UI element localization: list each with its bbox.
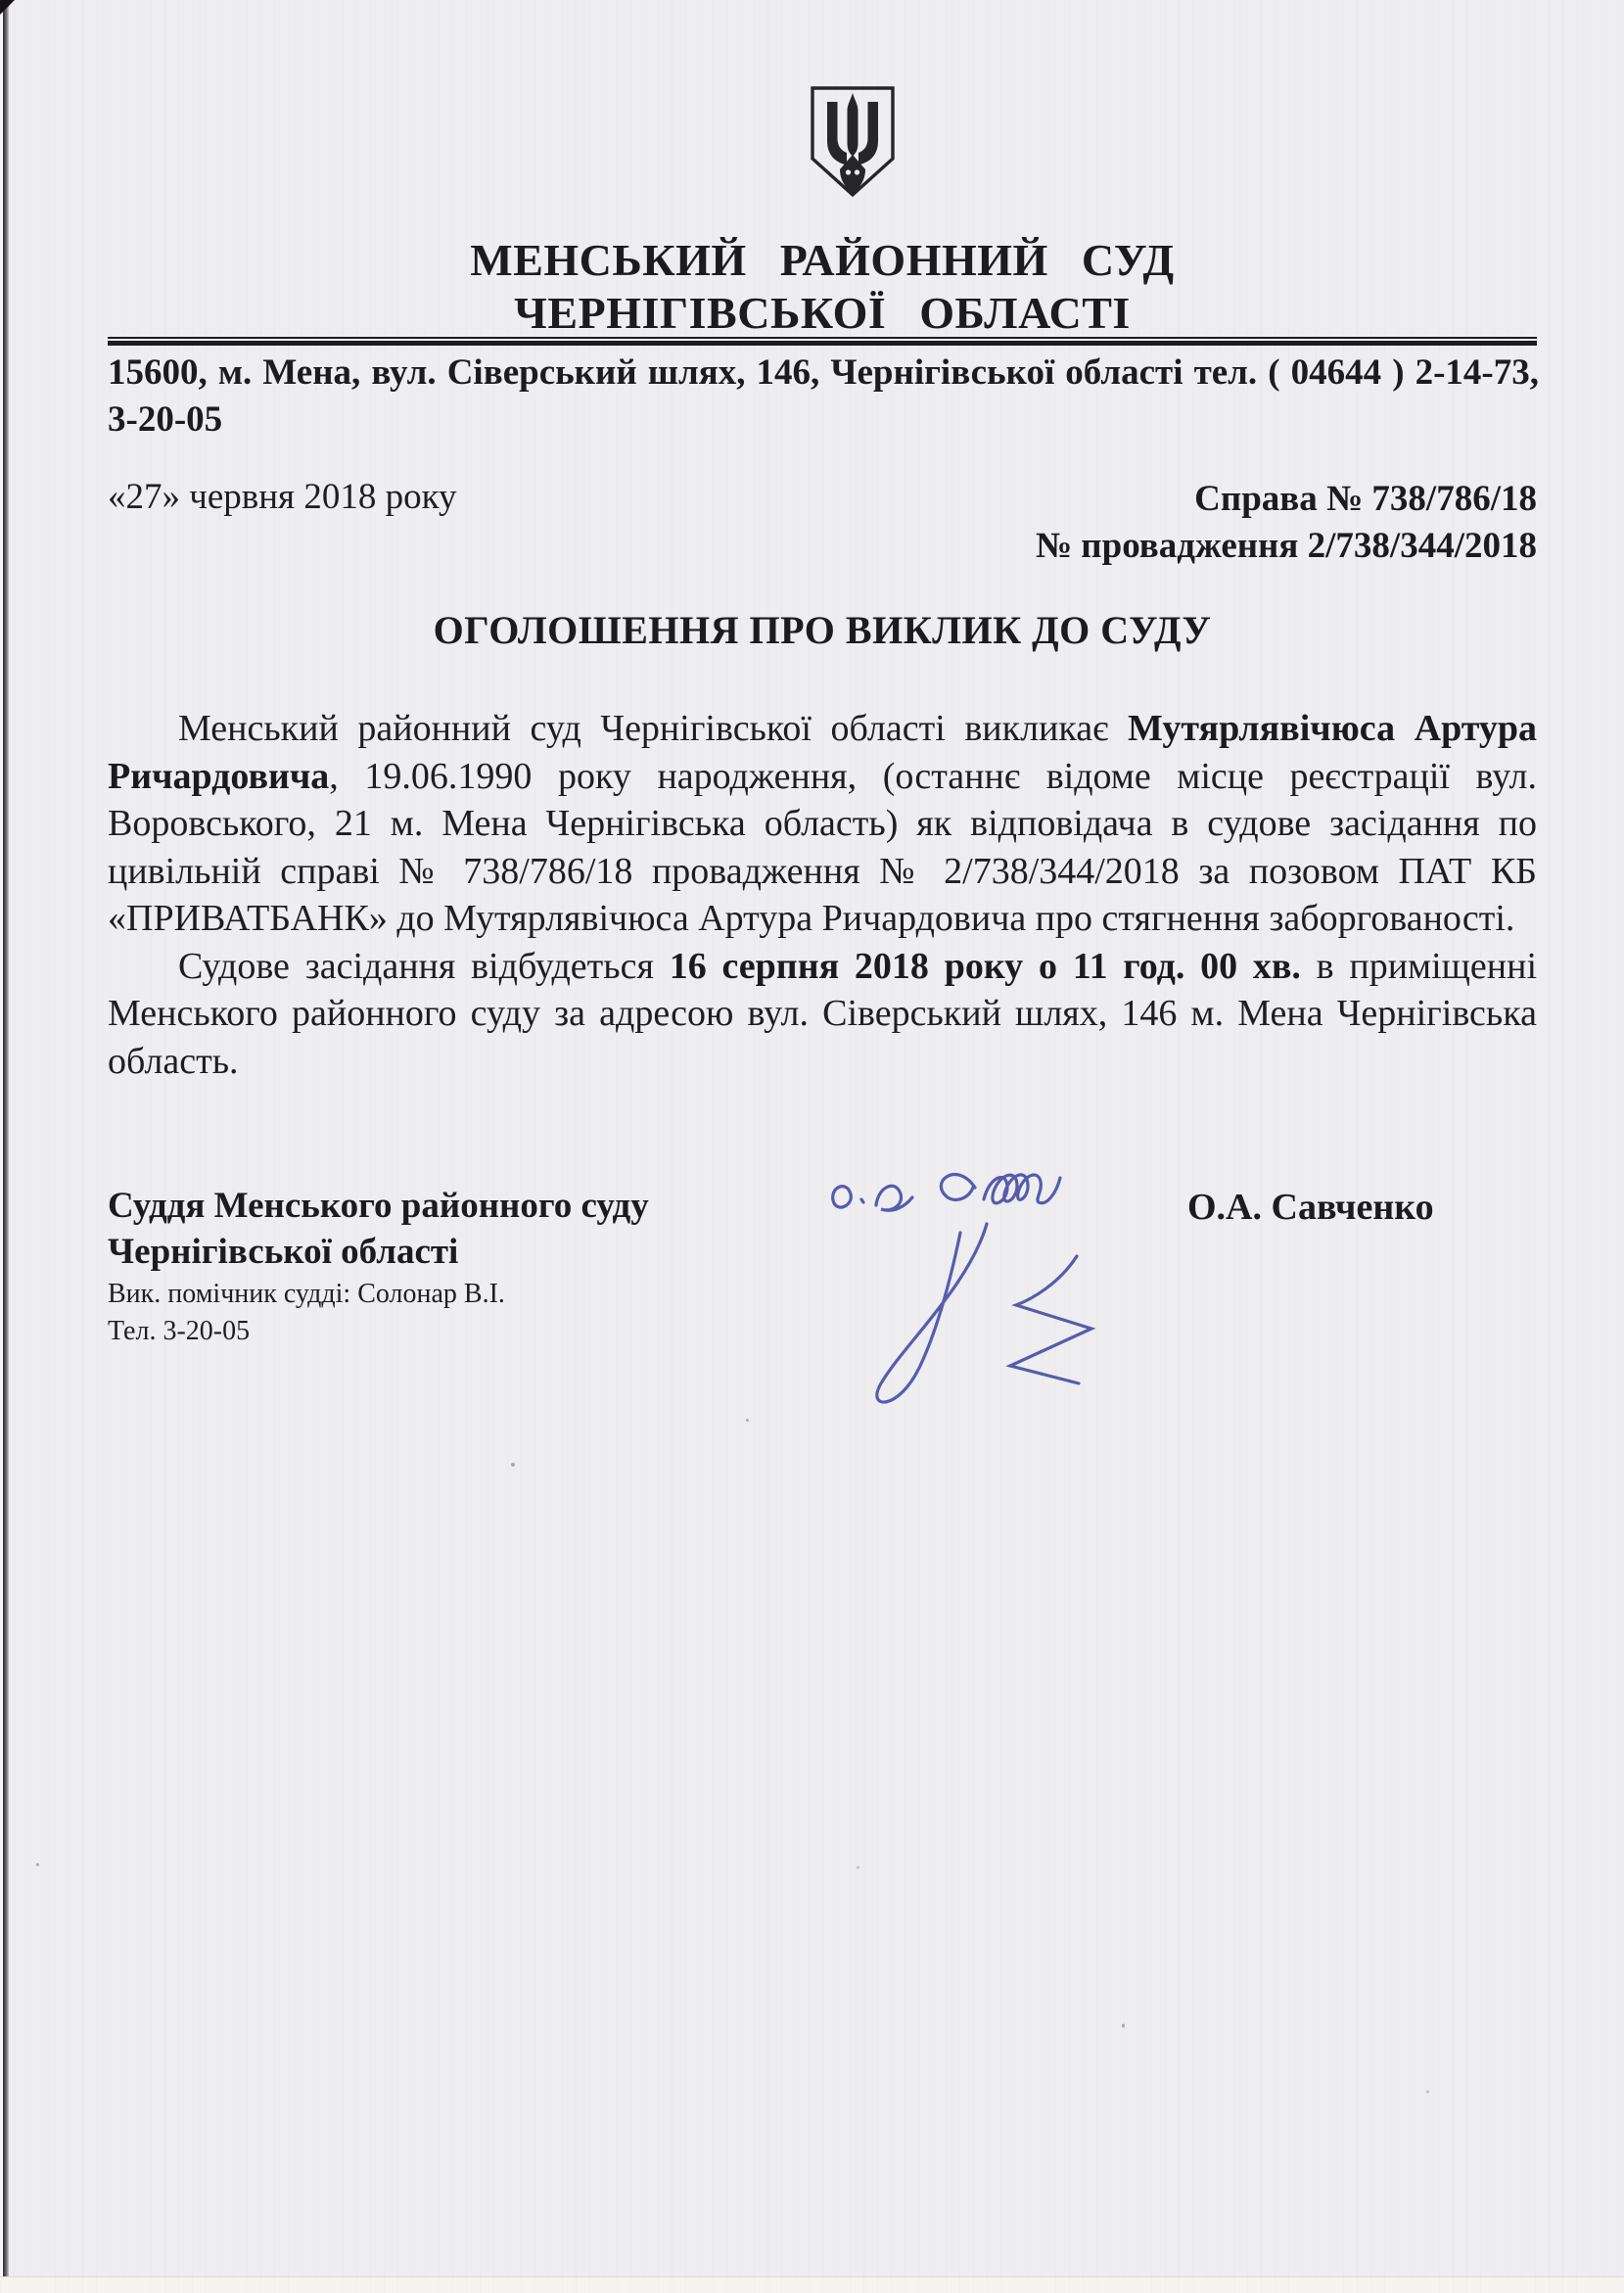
court-name-line2: ЧЕРНІГІВСЬКОЇ ОБЛАСТІ bbox=[108, 287, 1537, 340]
paragraph-hearing: Судове засідання відбудеться 16 серпня 2… bbox=[108, 943, 1537, 1086]
document-body: Менський районний суд Чернігівської обла… bbox=[108, 705, 1537, 1085]
assistant-line: Вик. помічник судді: Солонар В.І. bbox=[108, 1277, 656, 1312]
judge-role-line2: Чернігівської області bbox=[108, 1229, 656, 1275]
court-contact-line: 15600, м. Мена, вул. Сіверський шлях, 14… bbox=[108, 350, 1539, 444]
court-name: МЕНСЬКИЙ РАЙОННИЙ СУД ЧЕРНІГІВСЬКОЇ ОБЛА… bbox=[108, 234, 1537, 340]
case-number: Справа № 738/786/18 bbox=[1036, 476, 1537, 523]
scan-speck bbox=[511, 1463, 515, 1467]
scan-speck bbox=[1426, 2090, 1429, 2093]
scan-edge-left-shadow bbox=[3, 0, 9, 2293]
scan-speck bbox=[36, 1863, 39, 1866]
document-title: ОГОЛОШЕННЯ ПРО ВИКЛИК ДО СУДУ bbox=[108, 607, 1537, 653]
judge-role-line1: Суддя Менського районного суду bbox=[108, 1183, 656, 1229]
phone-line: Тел. 3-20-05 bbox=[108, 1314, 656, 1349]
scan-speck bbox=[746, 1419, 749, 1422]
judge-name: О.А. Савченко bbox=[1187, 1186, 1434, 1229]
handwritten-signature-icon bbox=[783, 1131, 1145, 1429]
ukraine-trident-emblem bbox=[807, 84, 899, 200]
scan-speck bbox=[1122, 2024, 1125, 2028]
signature-block: Суддя Менського районного суду Чернігівс… bbox=[108, 1183, 656, 1349]
scanned-court-document: МЕНСЬКИЙ РАЙОННИЙ СУД ЧЕРНІГІВСЬКОЇ ОБЛА… bbox=[0, 0, 1624, 2293]
proceeding-number: № провадження 2/738/344/2018 bbox=[1036, 523, 1537, 570]
document-date: «27» червня 2018 року bbox=[108, 476, 457, 518]
header-divider bbox=[108, 337, 1537, 346]
scan-edge-bottom bbox=[0, 2276, 1624, 2293]
paragraph-summons: Менський районний суд Чернігівської обла… bbox=[108, 705, 1537, 943]
scan-speck bbox=[857, 1866, 859, 1869]
scan-corner-mark bbox=[0, 0, 15, 15]
case-info: Справа № 738/786/18 № провадження 2/738/… bbox=[1036, 476, 1537, 570]
court-name-line1: МЕНСЬКИЙ РАЙОННИЙ СУД bbox=[108, 234, 1537, 287]
